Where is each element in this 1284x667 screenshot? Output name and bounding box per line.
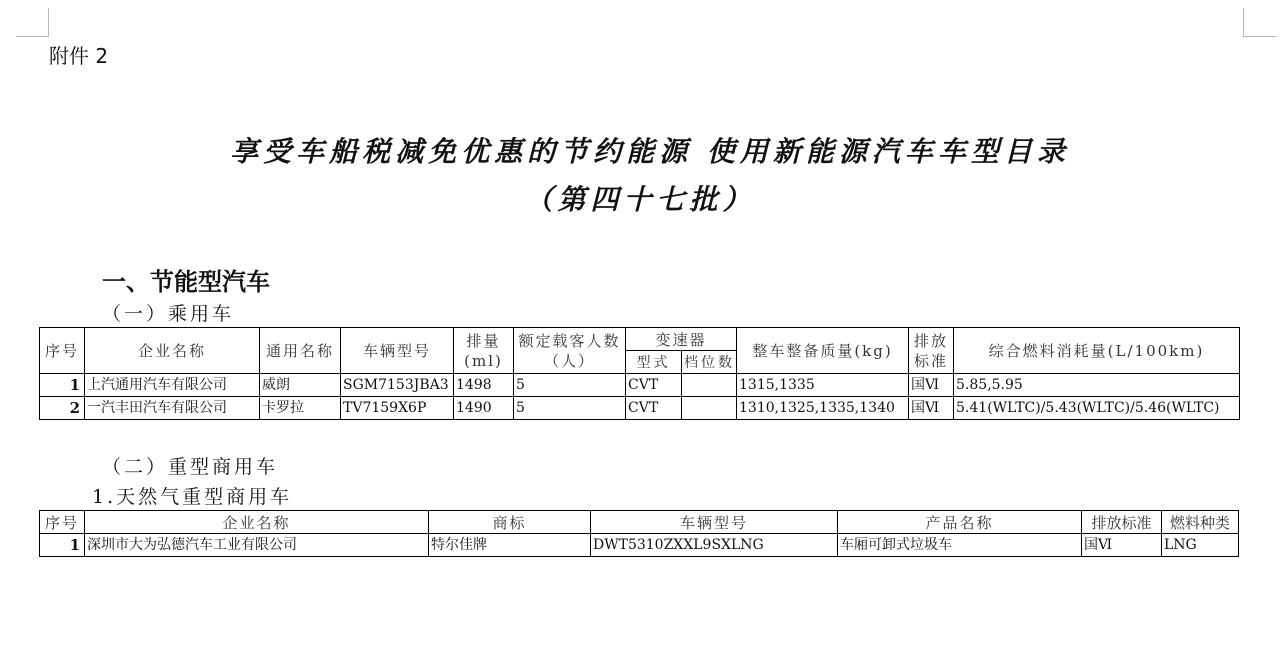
cell-curb-weight: 1310,1325,1335,1340 [737,397,909,420]
cell-transmission-type: CVT [626,397,682,420]
cell-emission: 国Ⅵ [1082,534,1162,557]
cell-curb-weight: 1315,1335 [737,374,909,397]
attachment-label: 附件 2 [49,40,108,69]
header-curb-weight: 整车整备质量(kg) [737,328,909,374]
header-seats: 额定载客人数（人） [514,328,626,374]
cell-brand: 特尔佳牌 [429,534,591,557]
subsection-heading-natural-gas: 1.天然气重型商用车 [92,482,292,509]
cell-model: SGM7153JBA3 [341,374,454,397]
header-emission: 排放标准 [1082,511,1162,534]
subsection-heading-heavy-commercial: （二）重型商用车 [102,452,278,479]
header-brand: 商标 [429,511,591,534]
header-fuel-type: 燃料种类 [1162,511,1239,534]
passenger-car-table: 序号 企业名称 通用名称 车辆型号 排量(ml) 额定载客人数（人） 变速器 整… [39,327,1240,420]
cell-fuel-consumption: 5.85,5.95 [954,374,1240,397]
header-model: 车辆型号 [341,328,454,374]
header-emission-line2: 标准 [914,352,948,370]
heavy-commercial-table: 序号 企业名称 商标 车辆型号 产品名称 排放标准 燃料种类 1 深圳市大为弘德… [39,510,1239,557]
header-company: 企业名称 [85,328,260,374]
cell-emission: 国Ⅵ [909,397,954,420]
cell-emission: 国Ⅵ [909,374,954,397]
cell-company: 一汽丰田汽车有限公司 [85,397,260,420]
subsection-heading-passenger: （一）乘用车 [102,299,234,326]
cell-common-name: 威朗 [260,374,341,397]
cell-index: 1 [40,534,85,557]
header-emission: 排放标准 [909,328,954,374]
cell-seats: 5 [514,374,626,397]
cell-model: TV7159X6P [341,397,454,420]
cell-common-name: 卡罗拉 [260,397,341,420]
header-common-name: 通用名称 [260,328,341,374]
header-product-name: 产品名称 [838,511,1082,534]
header-fuel-consumption: 综合燃料消耗量(L/100km) [954,328,1240,374]
cell-transmission-type: CVT [626,374,682,397]
cell-displacement: 1490 [454,397,514,420]
header-index: 序号 [40,511,85,534]
header-transmission-gears: 档位数 [682,351,737,374]
table-row: 1 深圳市大为弘德汽车工业有限公司 特尔佳牌 DWT5310ZXXL9SXLNG… [40,534,1239,557]
cell-company: 深圳市大为弘德汽车工业有限公司 [85,534,429,557]
header-seats-line1: 额定载客人数 [518,332,620,350]
header-transmission-type: 型式 [626,351,682,374]
page-corner-mark-top-left [16,8,49,37]
table-header-row: 序号 企业名称 通用名称 车辆型号 排量(ml) 额定载客人数（人） 变速器 整… [40,328,1240,351]
cell-model: DWT5310ZXXL9SXLNG [591,534,838,557]
header-model: 车辆型号 [591,511,838,534]
cell-company: 上汽通用汽车有限公司 [85,374,260,397]
section-heading-energy-saving: 一、节能型汽车 [102,262,270,297]
header-displacement-line1: 排量 [466,332,500,350]
header-seats-line2: （人） [544,352,595,370]
page-corner-mark-top-right [1243,8,1276,37]
table-row: 2 一汽丰田汽车有限公司 卡罗拉 TV7159X6P 1490 5 CVT 13… [40,397,1240,420]
table-header-row: 序号 企业名称 商标 车辆型号 产品名称 排放标准 燃料种类 [40,511,1239,534]
cell-fuel-type: LNG [1162,534,1239,557]
header-displacement-line2: (ml) [464,352,503,370]
header-transmission: 变速器 [626,328,737,351]
document-title: 享受车船税减免优惠的节约能源 使用新能源汽车车型目录 [0,130,1284,170]
header-company: 企业名称 [85,511,429,534]
cell-index: 1 [40,374,85,397]
cell-fuel-consumption: 5.41(WLTC)/5.43(WLTC)/5.46(WLTC) [954,397,1240,420]
cell-transmission-gears [682,374,737,397]
header-emission-line1: 排放 [914,332,948,350]
cell-product-name: 车厢可卸式垃圾车 [838,534,1082,557]
cell-seats: 5 [514,397,626,420]
cell-transmission-gears [682,397,737,420]
table-row: 1 上汽通用汽车有限公司 威朗 SGM7153JBA3 1498 5 CVT 1… [40,374,1240,397]
cell-displacement: 1498 [454,374,514,397]
header-displacement: 排量(ml) [454,328,514,374]
header-index: 序号 [40,328,85,374]
document-subtitle-batch: （第四十七批） [0,178,1284,218]
cell-index: 2 [40,397,85,420]
